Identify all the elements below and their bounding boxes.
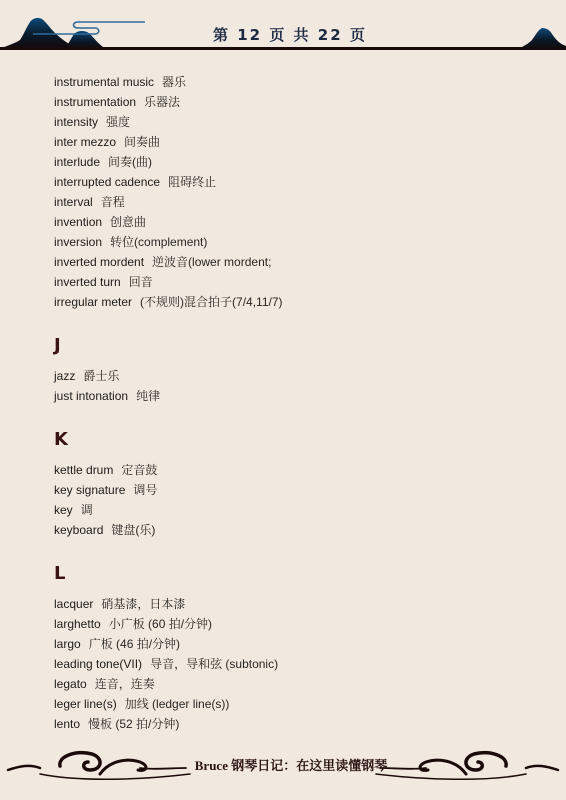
entry-translation: 连音，连奏 xyxy=(95,677,155,691)
entry-translation: (不规则)混合拍子(7/4,11/7) xyxy=(140,295,282,309)
glossary-entry: inversion转位(complement) xyxy=(54,232,534,252)
entry-term: interlude xyxy=(54,155,100,169)
section-l: L lacquer硝基漆，日本漆 larghetto小广板 (60 拍/分钟) … xyxy=(54,562,534,734)
entry-term: kettle drum xyxy=(54,463,113,477)
entry-translation: 回音 xyxy=(129,275,153,289)
glossary-entry: leger line(s)加线 (ledger line(s)) xyxy=(54,694,534,714)
entry-translation: 强度 xyxy=(106,115,130,129)
entry-term: inter mezzo xyxy=(54,135,116,149)
entry-term: legato xyxy=(54,677,87,691)
entry-term: inversion xyxy=(54,235,102,249)
entry-translation: 纯律 xyxy=(136,389,160,403)
glossary-entry: interrupted cadence阻碍终止 xyxy=(54,172,534,192)
glossary-entry: inter mezzo间奏曲 xyxy=(54,132,534,152)
glossary-entry: interlude间奏(曲) xyxy=(54,152,534,172)
glossary-entry: instrumentation乐器法 xyxy=(54,92,534,112)
entry-translation: 慢板 (52 拍/分钟) xyxy=(88,717,179,731)
entry-term: leading tone(VII) xyxy=(54,657,142,671)
entry-translation: 定音鼓 xyxy=(121,463,157,477)
entry-term: interrupted cadence xyxy=(54,175,160,189)
entry-translation: 转位(complement) xyxy=(110,235,207,249)
entry-translation: 逆波音(lower mordent; xyxy=(152,255,271,269)
section-letter-heading: L xyxy=(54,562,534,586)
entry-term: larghetto xyxy=(54,617,101,631)
glossary-entry: instrumental music器乐 xyxy=(54,72,534,92)
entry-translation: 间奏曲 xyxy=(124,135,160,149)
entry-translation: 器乐 xyxy=(162,75,186,89)
entry-term: inverted turn xyxy=(54,275,121,289)
entry-translation: 键盘(乐) xyxy=(111,523,155,537)
section-i-entries: instrumental music器乐 instrumentation乐器法 … xyxy=(54,72,534,312)
entry-term: lacquer xyxy=(54,597,93,611)
glossary-entry: invention创意曲 xyxy=(54,212,534,232)
page-footer: Bruce 钢琴日记：在这里读懂钢琴 xyxy=(0,740,566,790)
entry-term: key xyxy=(54,503,73,517)
entry-translation: 创意曲 xyxy=(110,215,146,229)
entry-translation: 调号 xyxy=(133,483,157,497)
entry-translation: 小广板 (60 拍/分钟) xyxy=(109,617,212,631)
page-indicator: 第 12 页 共 22 页 xyxy=(213,24,363,45)
glossary-entry: just intonation纯律 xyxy=(54,386,534,406)
glossary-entry: kettle drum定音鼓 xyxy=(54,460,534,480)
entry-term: interval xyxy=(54,195,93,209)
entry-translation: 间奏(曲) xyxy=(108,155,152,169)
entry-translation: 爵士乐 xyxy=(83,369,119,383)
section-k: K kettle drum定音鼓 key signature调号 key调 ke… xyxy=(54,428,534,540)
entry-term: instrumentation xyxy=(54,95,136,109)
glossary-entry: largo广板 (46 拍/分钟) xyxy=(54,634,534,654)
entry-translation: 硝基漆，日本漆 xyxy=(101,597,185,611)
glossary-entry: key signature调号 xyxy=(54,480,534,500)
entry-term: lento xyxy=(54,717,80,731)
entry-translation: 导音，导和弦 (subtonic) xyxy=(150,657,278,671)
glossary-entry: larghetto小广板 (60 拍/分钟) xyxy=(54,614,534,634)
glossary-entry: inverted turn回音 xyxy=(54,272,534,292)
footer-brand-text: Bruce 钢琴日记：在这里读懂钢琴 xyxy=(186,755,396,774)
entry-term: intensity xyxy=(54,115,98,129)
entry-term: keyboard xyxy=(54,523,103,537)
entry-translation: 调 xyxy=(81,503,93,517)
entry-term: irregular meter xyxy=(54,295,132,309)
entry-translation: 音程 xyxy=(101,195,125,209)
glossary-entry: lacquer硝基漆，日本漆 xyxy=(54,594,534,614)
section-j: J jazz爵士乐 just intonation纯律 xyxy=(54,334,534,406)
entry-term: leger line(s) xyxy=(54,697,117,711)
entry-term: key signature xyxy=(54,483,125,497)
section-letter-heading: J xyxy=(54,334,534,358)
glossary-entry: lento慢板 (52 拍/分钟) xyxy=(54,714,534,734)
entry-translation: 加线 (ledger line(s)) xyxy=(125,697,230,711)
glossary-entry: jazz爵士乐 xyxy=(54,366,534,386)
entry-translation: 阻碍终止 xyxy=(168,175,216,189)
entry-term: inverted mordent xyxy=(54,255,144,269)
glossary-entry: leading tone(VII)导音，导和弦 (subtonic) xyxy=(54,654,534,674)
glossary-entry: interval音程 xyxy=(54,192,534,212)
entry-translation: 乐器法 xyxy=(144,95,180,109)
glossary-entry: inverted mordent逆波音(lower mordent; xyxy=(54,252,534,272)
glossary-entry: legato连音，连奏 xyxy=(54,674,534,694)
glossary-entry: intensity强度 xyxy=(54,112,534,132)
glossary-content: instrumental music器乐 instrumentation乐器法 … xyxy=(54,72,534,734)
glossary-entry: key调 xyxy=(54,500,534,520)
entry-term: invention xyxy=(54,215,102,229)
entry-term: jazz xyxy=(54,369,75,383)
entry-term: instrumental music xyxy=(54,75,154,89)
entry-translation: 广板 (46 拍/分钟) xyxy=(89,637,180,651)
glossary-entry: keyboard键盘(乐) xyxy=(54,520,534,540)
page-header: 第 12 页 共 22 页 xyxy=(0,0,566,60)
entry-term: just intonation xyxy=(54,389,128,403)
entry-term: largo xyxy=(54,637,81,651)
glossary-entry: irregular meter(不规则)混合拍子(7/4,11/7) xyxy=(54,292,534,312)
section-letter-heading: K xyxy=(54,428,534,452)
